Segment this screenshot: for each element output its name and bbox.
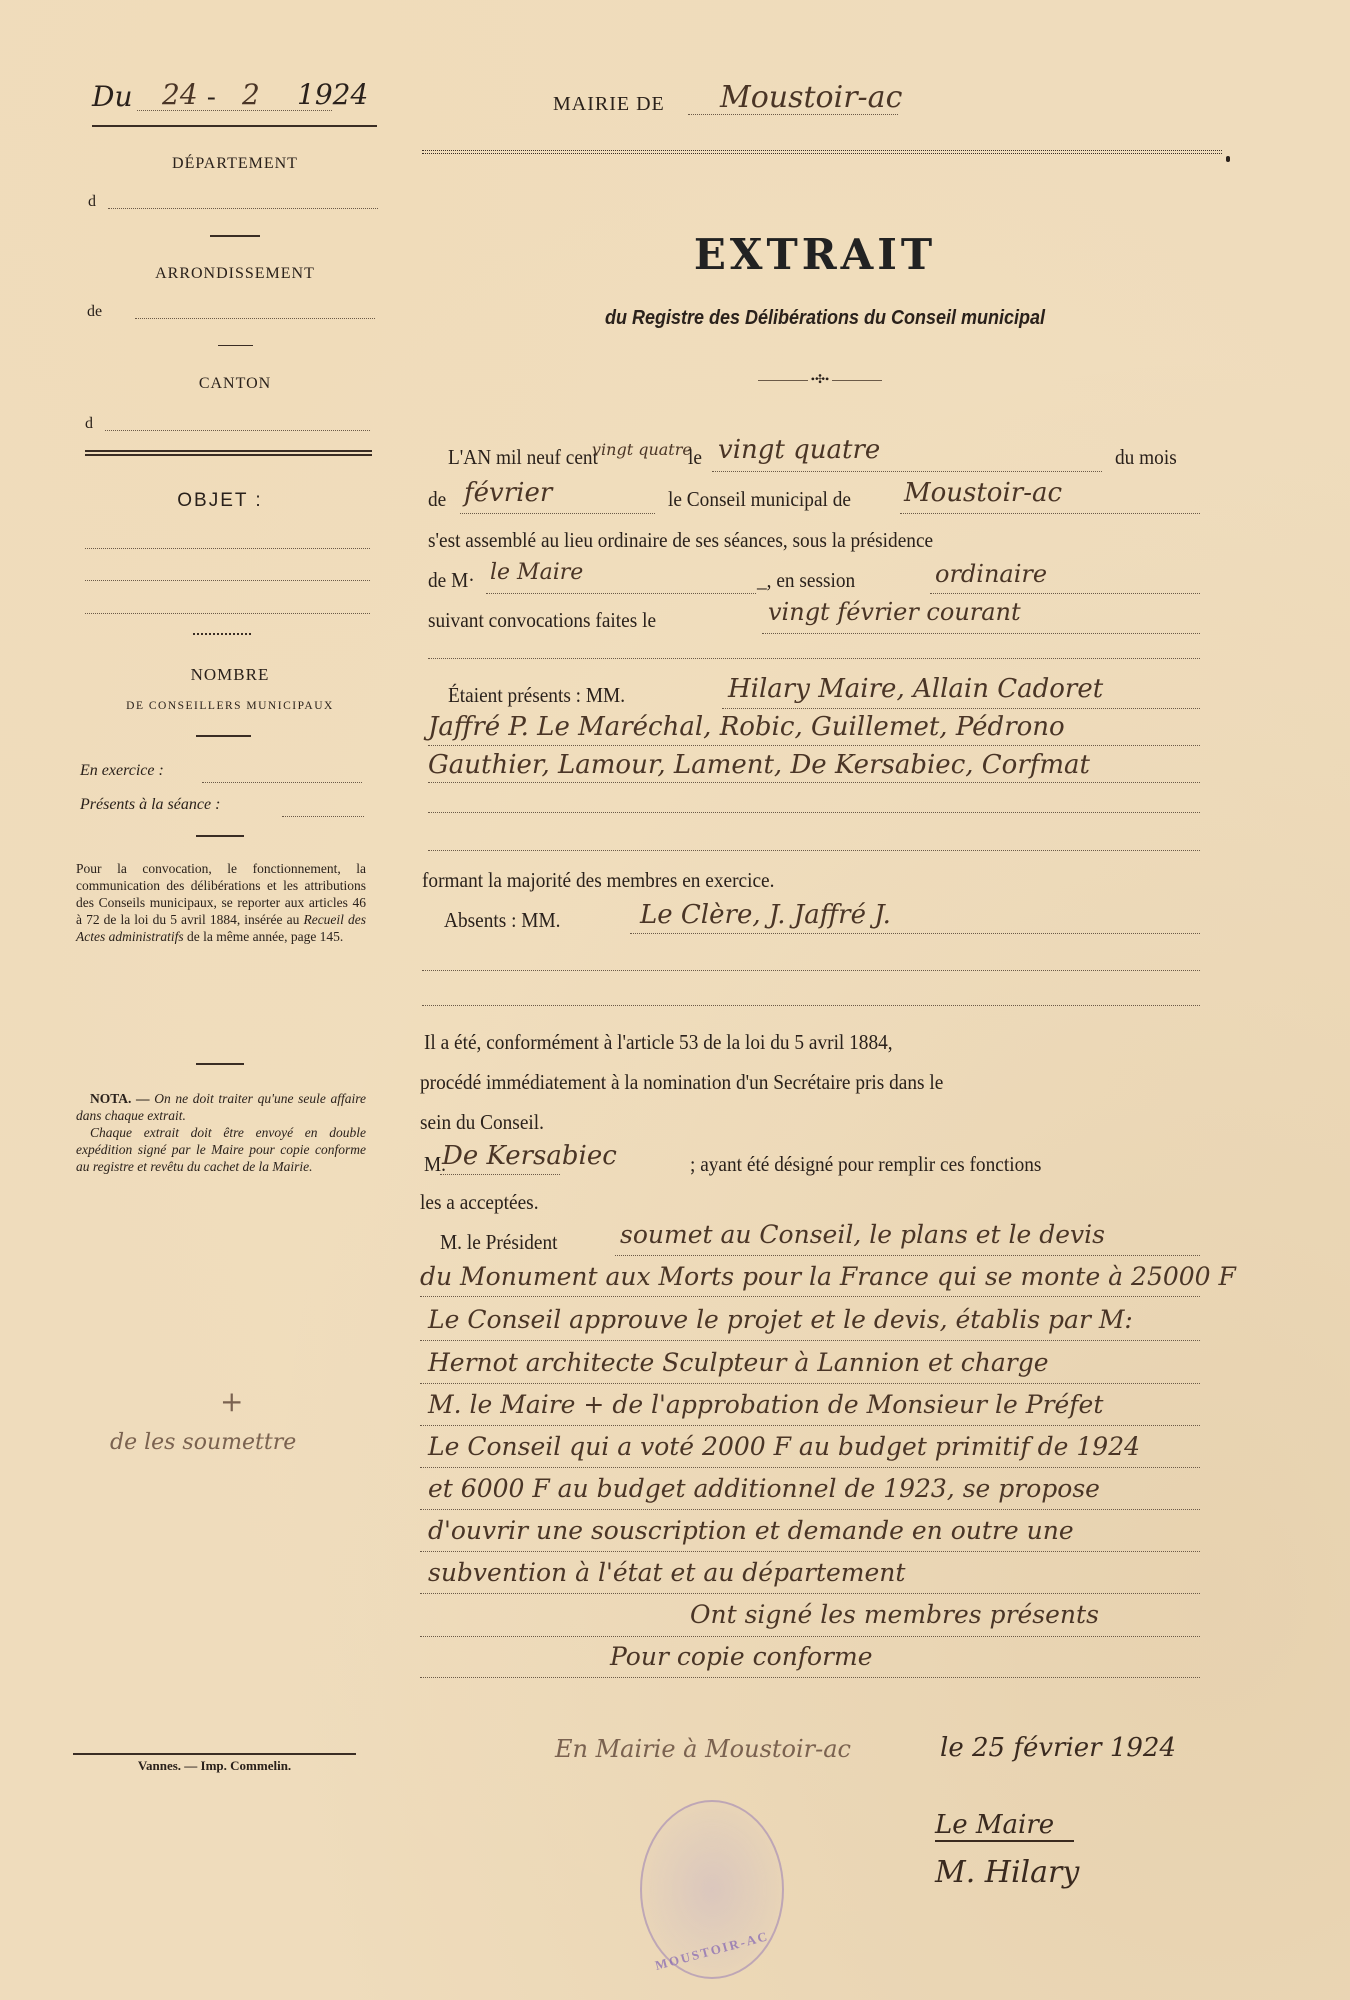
- date-year: 1924: [297, 78, 368, 111]
- session-year-value: vingt quatre: [592, 440, 692, 459]
- blank-line: [422, 970, 1200, 971]
- divider: [196, 735, 251, 737]
- blank-line: [422, 1005, 1200, 1006]
- blank-line: [428, 658, 1200, 659]
- left-column: Du 24 - 2 1924 DÉPARTEMENT d ARRONDISSEM…: [60, 60, 380, 1780]
- canton-prefix: d: [85, 415, 93, 433]
- document-title: EXTRAIT: [540, 230, 1090, 279]
- canton-field[interactable]: [105, 430, 370, 431]
- session-day-value: vingt quatre: [718, 435, 880, 465]
- present-line-3: Gauthier, Lamour, Lament, De Kersabiec, …: [428, 750, 1090, 780]
- date-separator: -: [207, 82, 216, 112]
- session-year-prefix: L'AN mil neuf cent: [448, 445, 598, 470]
- objet-label: OBJET :: [120, 490, 320, 512]
- nombre-title: NOMBRE: [60, 665, 400, 685]
- nombre-subtitle: DE CONSEILLERS MUNICIPAUX: [60, 700, 400, 712]
- session-convocation-value: vingt février courant: [768, 598, 1021, 626]
- mayor-signature: M. Hilary: [935, 1855, 1079, 1890]
- ornament: •✣•: [730, 372, 910, 387]
- objet-field-3[interactable]: [85, 613, 370, 614]
- deliberation-line-7: et 6000 F au budget additionnel de 1923,…: [428, 1474, 1100, 1503]
- deliberation-line-1: soumet au Conseil, le plans et le devis: [620, 1220, 1105, 1249]
- closing-place: En Mairie à Moustoir-ac: [555, 1735, 851, 1763]
- deliberation-line-11: Pour copie conforme: [610, 1642, 873, 1671]
- present-line-2: Jaffré P. Le Maréchal, Robic, Guillemet,…: [428, 712, 1065, 742]
- document-subtitle: du Registre des Délibérations du Conseil…: [470, 307, 1181, 330]
- session-type-value: ordinaire: [935, 560, 1047, 588]
- present-field-2[interactable]: [428, 745, 1200, 746]
- margin-cross: +: [220, 1385, 243, 1418]
- divider: [196, 1063, 244, 1065]
- majority-text: formant la majorité des membres en exerc…: [422, 868, 774, 893]
- ornament-glyph: •✣•: [811, 372, 829, 386]
- present-field-5[interactable]: [428, 850, 1200, 851]
- deliberation-field-3[interactable]: [420, 1340, 1200, 1341]
- session-commune-value: Moustoir-ac: [904, 478, 1062, 508]
- present-field-1[interactable]: [722, 708, 1200, 709]
- margin-note: de les soumettre: [110, 1430, 296, 1455]
- deliberation-line-10: Ont signé les membres présents: [690, 1600, 1099, 1629]
- date-underline: [92, 125, 377, 127]
- arrondissement-prefix: de: [87, 303, 102, 321]
- printer-imprint: Vannes. — Imp. Commelin.: [73, 1758, 356, 1774]
- secretary-text-1: Il a été, conformément à l'article 53 de…: [424, 1030, 893, 1055]
- header-mark: [1226, 156, 1230, 162]
- deliberation-line-3: Le Conseil approuve le projet et le devi…: [428, 1305, 1133, 1334]
- present-line-1: Hilary Maire, Allain Cadoret: [728, 674, 1103, 704]
- date-day: 24: [162, 78, 198, 111]
- session-president-field[interactable]: [486, 593, 756, 594]
- deliberation-field-4[interactable]: [420, 1383, 1200, 1384]
- session-type-field[interactable]: [930, 593, 1200, 594]
- deliberation-field-2[interactable]: [420, 1296, 1200, 1297]
- presents-label: Présents à la séance :: [80, 796, 220, 814]
- session-session-label: _, en session: [757, 568, 855, 593]
- mairie-field[interactable]: [688, 114, 898, 115]
- absent-value: Le Clère, J. Jaffré J.: [640, 900, 891, 930]
- present-field-3[interactable]: [428, 782, 1200, 783]
- departement-field[interactable]: [108, 208, 378, 209]
- secretary-designated: ; ayant été désigné pour remplir ces fon…: [690, 1152, 1041, 1177]
- session-president-value: le Maire: [490, 560, 583, 585]
- deliberation-field-11[interactable]: [420, 1677, 1200, 1678]
- departement-prefix: d: [88, 193, 96, 211]
- convocation-note: Pour la convocation, le fonctionnement, …: [76, 860, 366, 945]
- deliberation-line-8: d'ouvrir une souscription et demande en …: [428, 1516, 1074, 1545]
- arrondissement-field[interactable]: [135, 318, 375, 319]
- secretary-text-3: sein du Conseil.: [420, 1110, 544, 1135]
- president-label: M. le Président: [440, 1230, 558, 1255]
- session-conseil-label: le Conseil municipal de: [668, 487, 851, 512]
- double-rule: [85, 450, 372, 456]
- session-commune-field[interactable]: [900, 513, 1200, 514]
- date-month: 2: [242, 78, 260, 111]
- session-de: de: [428, 487, 446, 512]
- en-exercice-label: En exercice :: [80, 762, 164, 780]
- absent-label: Absents : MM.: [444, 908, 560, 933]
- session-month-field[interactable]: [460, 513, 655, 514]
- deliberation-field-1[interactable]: [615, 1255, 1200, 1256]
- signer-title: Le Maire: [935, 1810, 1074, 1842]
- deliberation-field-6[interactable]: [420, 1467, 1200, 1468]
- divider: [196, 835, 244, 837]
- session-convocation-field[interactable]: [762, 633, 1200, 634]
- nota-label: NOTA. —: [76, 1091, 150, 1106]
- deliberation-field-10[interactable]: [420, 1636, 1200, 1637]
- divider: [210, 235, 260, 237]
- deliberation-line-2: du Monument aux Morts pour la France qui…: [420, 1262, 1236, 1291]
- closing-date: le 25 février 1924: [940, 1733, 1176, 1763]
- session-day-field[interactable]: [712, 471, 1102, 472]
- mairie-value: Moustoir-ac: [720, 80, 902, 115]
- deliberation-line-4: Hernot architecte Sculpteur à Lannion et…: [428, 1348, 1049, 1377]
- deliberation-field-8[interactable]: [420, 1551, 1200, 1552]
- nota-text-2: Chaque extrait doit être envoyé en doubl…: [76, 1125, 366, 1174]
- deliberation-line-5: M. le Maire + de l'approbation de Monsie…: [428, 1390, 1103, 1419]
- secretary-text-2: procédé immédiatement à la nomination d'…: [420, 1070, 943, 1095]
- convocation-note-end: de la même année, page 145.: [187, 929, 343, 944]
- header-rule: [422, 150, 1222, 154]
- deliberation-line-6: Le Conseil qui a voté 2000 F au budget p…: [428, 1432, 1140, 1461]
- arrondissement-label: ARRONDISSEMENT: [60, 265, 410, 283]
- deliberation-line-9: subvention à l'état et au département: [428, 1558, 905, 1587]
- divider: [218, 345, 253, 346]
- absent-field[interactable]: [630, 933, 1200, 934]
- wavy-divider: [193, 633, 251, 635]
- date-line: Du 24 - 2 1924: [92, 78, 382, 118]
- session-president-prefix: de M·: [428, 568, 475, 593]
- mairie-label: MAIRIE DE: [553, 93, 665, 116]
- secretary-name: De Kersabiec: [442, 1141, 617, 1171]
- secretary-accepted: les a acceptées.: [420, 1190, 539, 1215]
- session-convocation-label: suivant convocations faites le: [428, 608, 656, 633]
- secretary-field[interactable]: [440, 1174, 560, 1175]
- nota-note: NOTA. — On ne doit traiter qu'une seule …: [76, 1090, 366, 1175]
- stamp-text: MOUSTOIR-AC: [642, 1925, 781, 1977]
- departement-label: DÉPARTEMENT: [60, 155, 410, 173]
- present-label: Étaient présents : MM.: [448, 683, 625, 708]
- en-exercice-field[interactable]: [202, 782, 362, 783]
- session-le: le: [688, 445, 702, 470]
- deliberation-field-9[interactable]: [420, 1593, 1200, 1594]
- session-assembly-text: s'est assemblé au lieu ordinaire de ses …: [428, 528, 933, 553]
- present-field-4[interactable]: [428, 812, 1200, 813]
- deliberation-field-7[interactable]: [420, 1509, 1200, 1510]
- objet-field-2[interactable]: [85, 580, 370, 581]
- canton-label: CANTON: [60, 375, 410, 393]
- printer-rule: [73, 1753, 356, 1755]
- mairie-stamp: MOUSTOIR-AC: [640, 1800, 784, 1979]
- date-label: Du: [92, 80, 132, 113]
- presents-field[interactable]: [282, 816, 364, 817]
- objet-field-1[interactable]: [85, 548, 370, 549]
- session-mois-label: du mois: [1115, 445, 1177, 470]
- session-month-value: février: [464, 478, 552, 508]
- date-fill-line: [137, 110, 332, 111]
- deliberation-field-5[interactable]: [420, 1425, 1200, 1426]
